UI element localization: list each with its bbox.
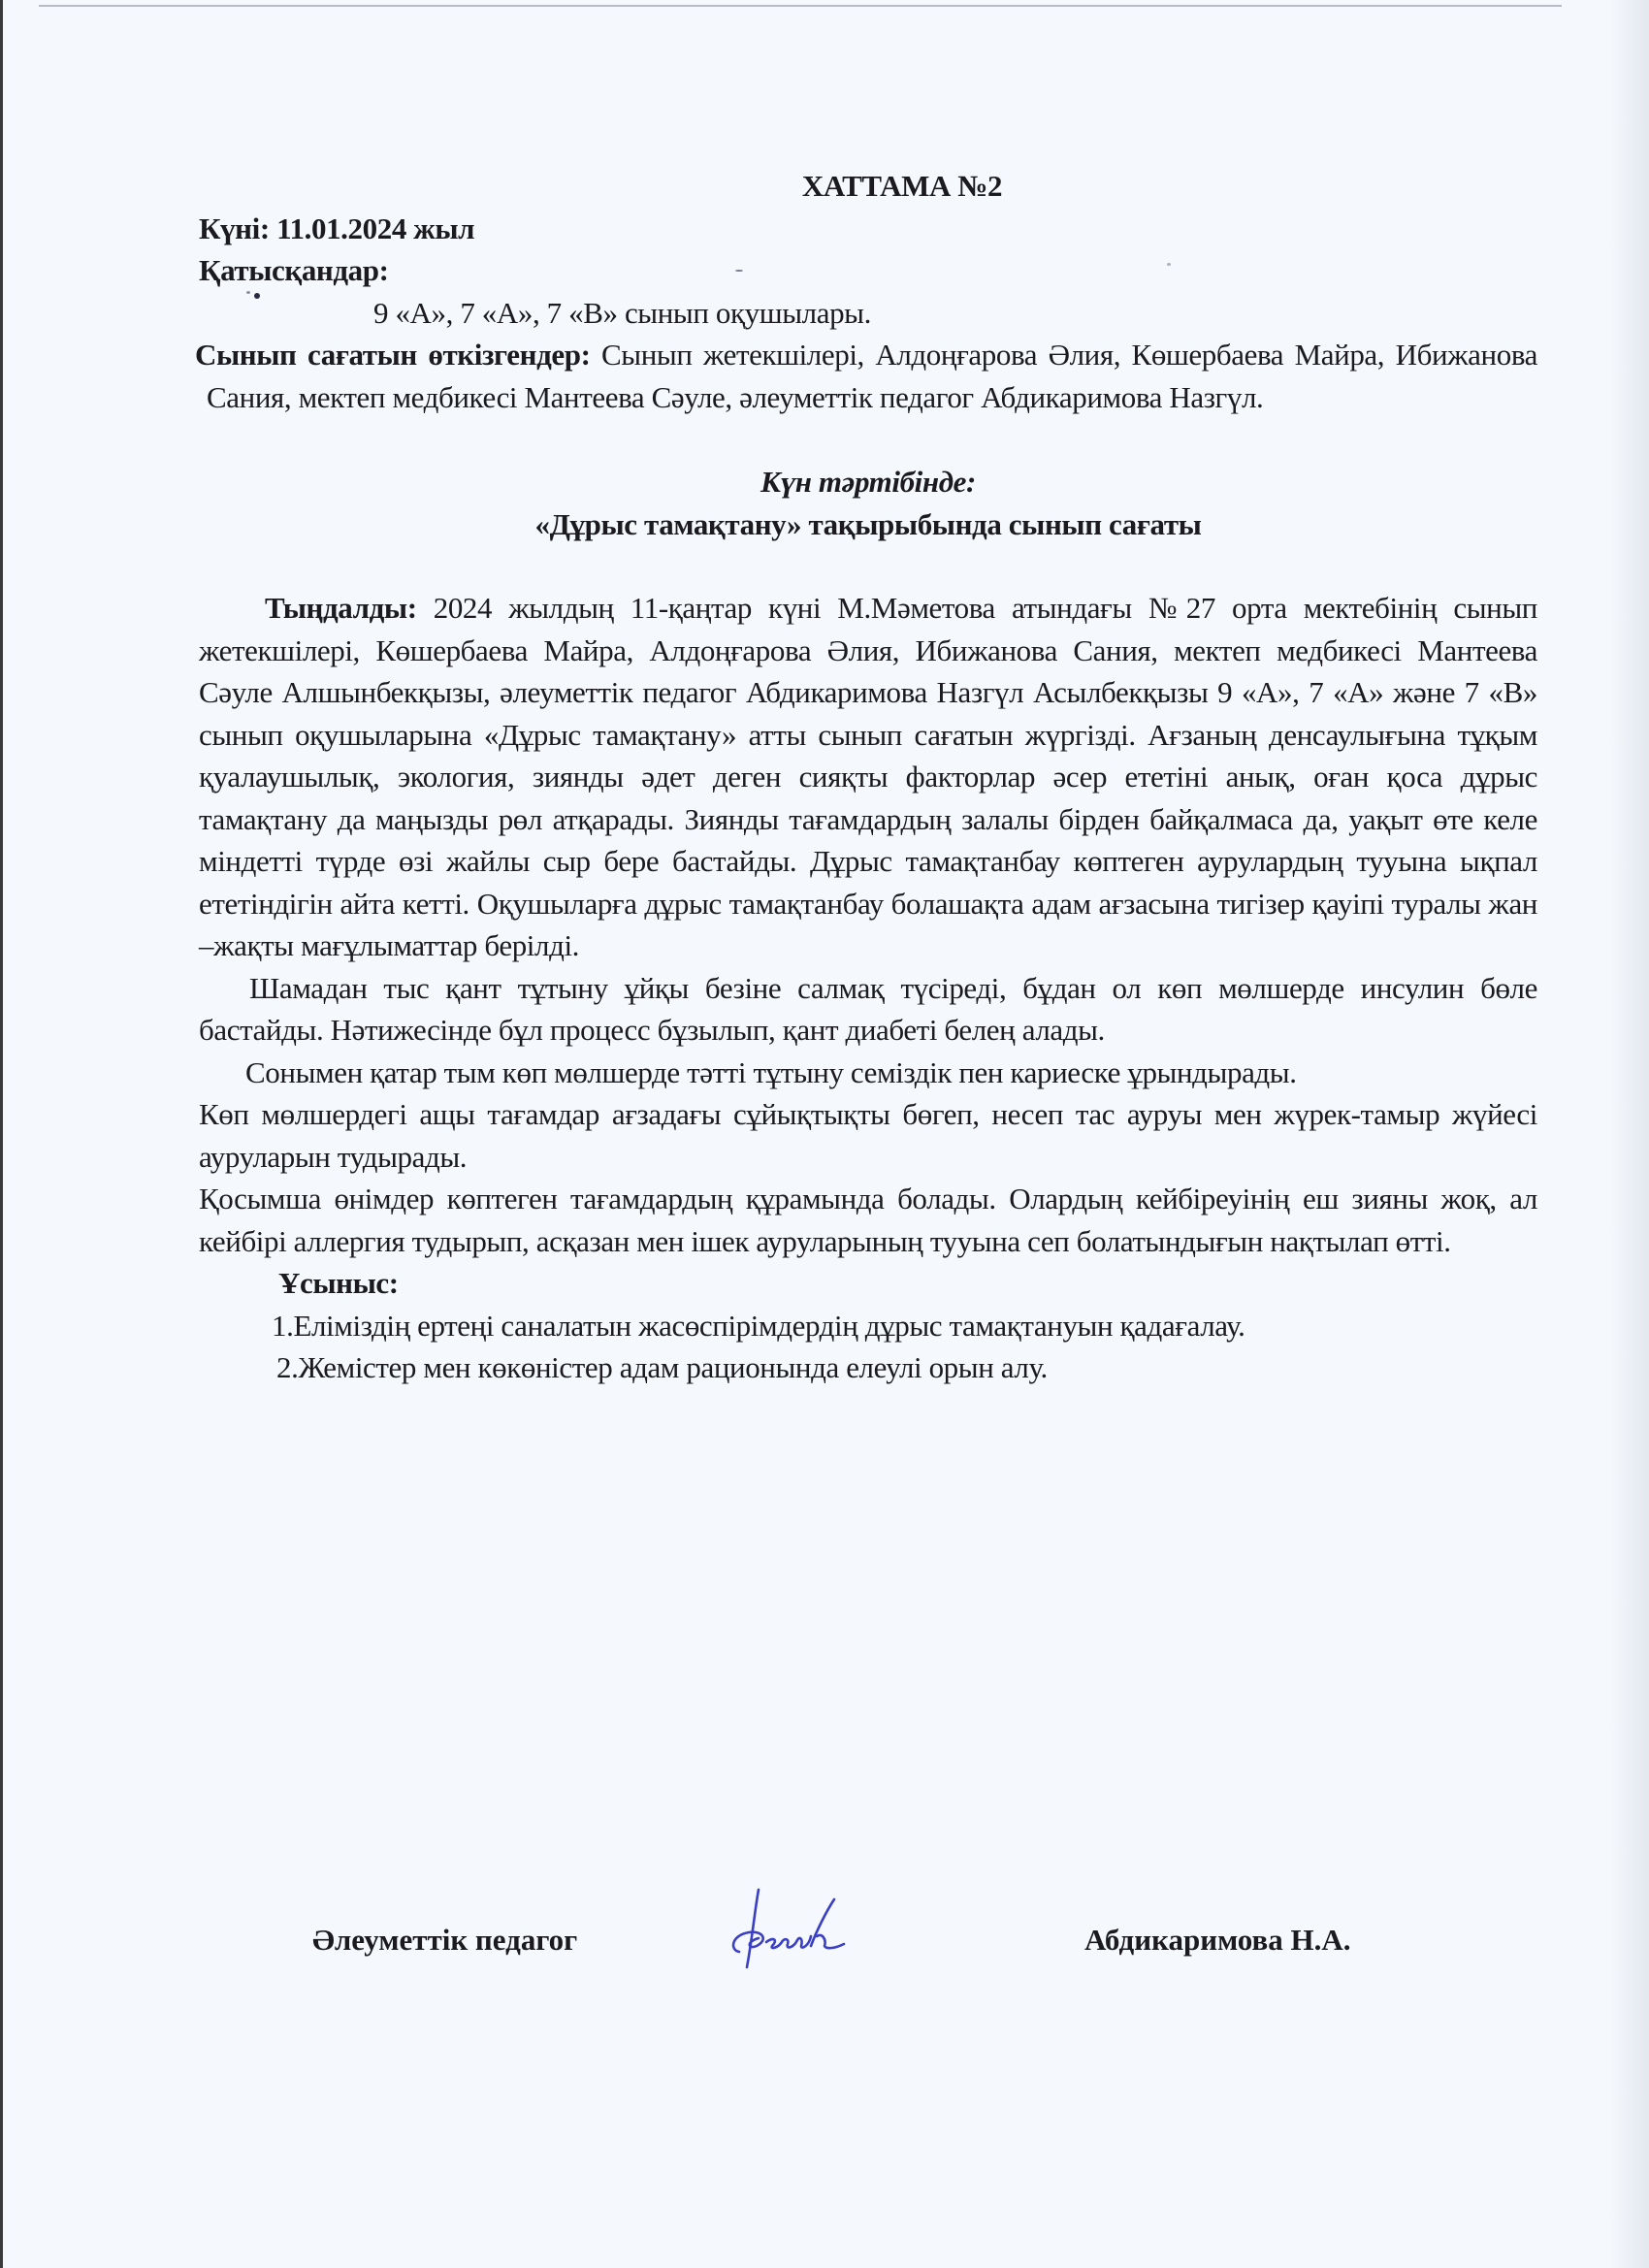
signature-block: Әлеуметтік педагог Абдикаримова Н.А. bbox=[0, 1911, 1649, 1989]
meeting-date: Күні: 11.01.2024 жыл bbox=[199, 208, 1537, 250]
protocol-document: ХАТТАМА №2 Күні: 11.01.2024 жыл Қатысқан… bbox=[199, 165, 1537, 1389]
suggestion-item-2: 2.Жемістер мен көкөністер адам рационынд… bbox=[199, 1346, 1537, 1389]
conductors-label: Сынып сағатын өткізгендер: bbox=[195, 338, 591, 372]
additives-paragraph: Қосымша өнімдер көптеген тағамдардың құр… bbox=[199, 1178, 1537, 1262]
heard-paragraph: Тыңдалды: 2024 жылдың 11-қаңтар күні М.М… bbox=[199, 587, 1537, 967]
heard-label: Тыңдалды: bbox=[265, 591, 417, 625]
signatory-role: Әлеуметтік педагог bbox=[312, 1923, 577, 1958]
participants-label: Қатысқандар: bbox=[199, 249, 1537, 292]
document-title: ХАТТАМА №2 bbox=[199, 165, 1537, 208]
spicy-food-paragraph: Көп мөлшердегі ащы тағамдар ағзадағы сұй… bbox=[199, 1093, 1537, 1178]
suggestion-label: Ұсыныс: bbox=[199, 1262, 1537, 1305]
agenda-topic: «Дұрыс тамақтану» тақырыбында сынып саға… bbox=[199, 503, 1537, 546]
agenda-section: Күн тәртібінде: «Дұрыс тамақтану» тақыры… bbox=[199, 461, 1537, 545]
participants-value: 9 «А», 7 «А», 7 «В» сынып оқушылары. bbox=[199, 292, 1537, 335]
handwritten-signature-icon bbox=[720, 1882, 865, 1979]
suggestion-item-1: 1.Еліміздің ертеңі саналатын жасөспірімд… bbox=[199, 1305, 1537, 1347]
scan-top-border bbox=[39, 5, 1562, 7]
conductors-paragraph: Сынып сағатын өткізгендер: Сынып жетекші… bbox=[199, 334, 1537, 418]
sugar-paragraph: Шамадан тыс қант тұтыну ұйқы безіне салм… bbox=[199, 967, 1537, 1052]
heard-text: 2024 жылдың 11-қаңтар күні М.Мәметова ат… bbox=[199, 591, 1537, 962]
signatory-name: Абдикаримова Н.А. bbox=[1084, 1923, 1351, 1958]
sweets-paragraph: Сонымен қатар тым көп мөлшерде тәтті тұт… bbox=[199, 1052, 1537, 1094]
agenda-label: Күн тәртібінде: bbox=[199, 461, 1537, 503]
